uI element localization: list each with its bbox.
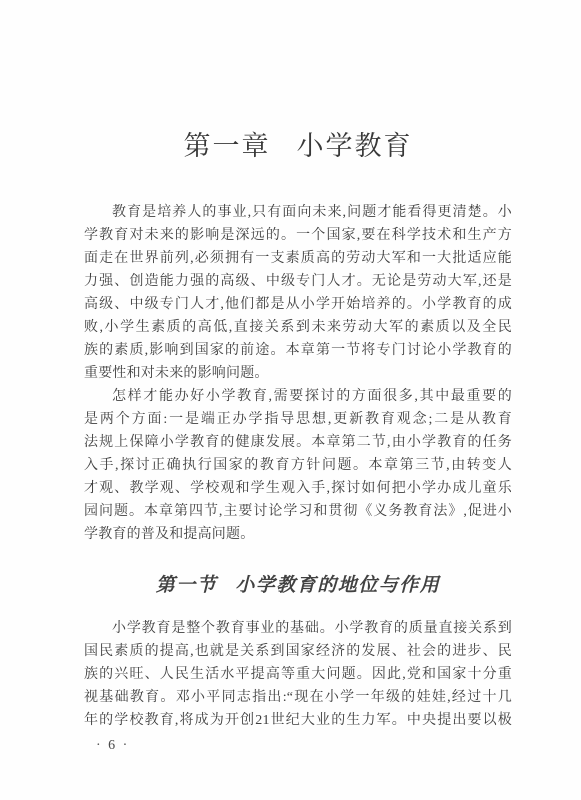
text-line: 学教育的普及和提高问题。 [84, 523, 512, 546]
scanned-book-page: 第一章 小学教育 教育是培养人的事业,只有面向未来,问题才能看得更清楚。小学教育… [0, 0, 581, 800]
paragraph-overview: 怎样才能办好小学教育,需要探讨的方面很多,其中最重要的是两个方面:一是端正办学指… [84, 385, 512, 546]
text-line: 教育是培养人的事业,只有面向未来,问题才能看得更清楚。小 [84, 201, 512, 224]
chapter-heading: 第一章 小学教育 [84, 124, 512, 163]
text-line: 族的素质,影响到国家的前途。本章第一节将专门讨论小学教育的 [84, 339, 512, 362]
text-line: 重要性和对未来的影响问题。 [84, 362, 512, 385]
text-line: 是两个方面:一是端正办学指导思想,更新教育观念;二是从教育 [84, 408, 512, 431]
text-line: 高级、中级专门人才,他们都是从小学开始培养的。小学教育的成 [84, 293, 512, 316]
section-number: 第一节 [156, 570, 218, 597]
text-line: 学教育对未来的影响是深远的。一个国家,要在科学技术和生产方 [84, 224, 512, 247]
paragraph-section-body: 小学教育是整个教育事业的基础。小学教育的质量直接关系到国民素质的提高,也就是关系… [84, 617, 512, 732]
section-heading: 第一节 小学教育的地位与作用 [84, 570, 512, 597]
text-line: 视基础教育。邓小平同志指出:“现在小学一年级的娃娃,经过十几 [84, 686, 512, 709]
text-line: 园问题。本章第四节,主要讨论学习和贯彻《义务教育法》,促进小 [84, 500, 512, 523]
text-line: 国民素质的提高,也就是关系到国家经济的发展、社会的进步、民 [84, 640, 512, 663]
text-line: 败,小学生素质的高低,直接关系到未来劳动大军的素质以及全民 [84, 316, 512, 339]
text-line: 力强、创造能力强的高级、中级专门人才。无论是劳动大军,还是 [84, 270, 512, 293]
chapter-title: 小学教育 [297, 124, 413, 163]
text-line: 小学教育是整个教育事业的基础。小学教育的质量直接关系到 [84, 617, 512, 640]
page-number: · 6 · [96, 738, 129, 754]
text-line: 入手,探讨正确执行国家的教育方针问题。本章第三节,由转变人 [84, 454, 512, 477]
section-text-block: 小学教育是整个教育事业的基础。小学教育的质量直接关系到国民素质的提高,也就是关系… [84, 617, 512, 732]
text-line: 面走在世界前列,必须拥有一支素质高的劳动大军和一大批适应能 [84, 247, 512, 270]
chapter-number: 第一章 [184, 124, 271, 163]
text-line: 年的学校教育,将成为开创21世纪大业的生力军。中央提出要以极 [84, 709, 512, 732]
section-title: 小学教育的地位与作用 [235, 570, 440, 597]
text-line: 法规上保障小学教育的健康发展。本章第二节,由小学教育的任务 [84, 431, 512, 454]
body-text-block: 教育是培养人的事业,只有面向未来,问题才能看得更清楚。小学教育对未来的影响是深远… [84, 201, 512, 546]
paragraph-intro: 教育是培养人的事业,只有面向未来,问题才能看得更清楚。小学教育对未来的影响是深远… [84, 201, 512, 385]
text-line: 才观、教学观、学校观和学生观入手,探讨如何把小学办成儿童乐 [84, 477, 512, 500]
text-line: 族的兴旺、人民生活水平提高等重大问题。因此,党和国家十分重 [84, 663, 512, 686]
text-line: 怎样才能办好小学教育,需要探讨的方面很多,其中最重要的 [84, 385, 512, 408]
